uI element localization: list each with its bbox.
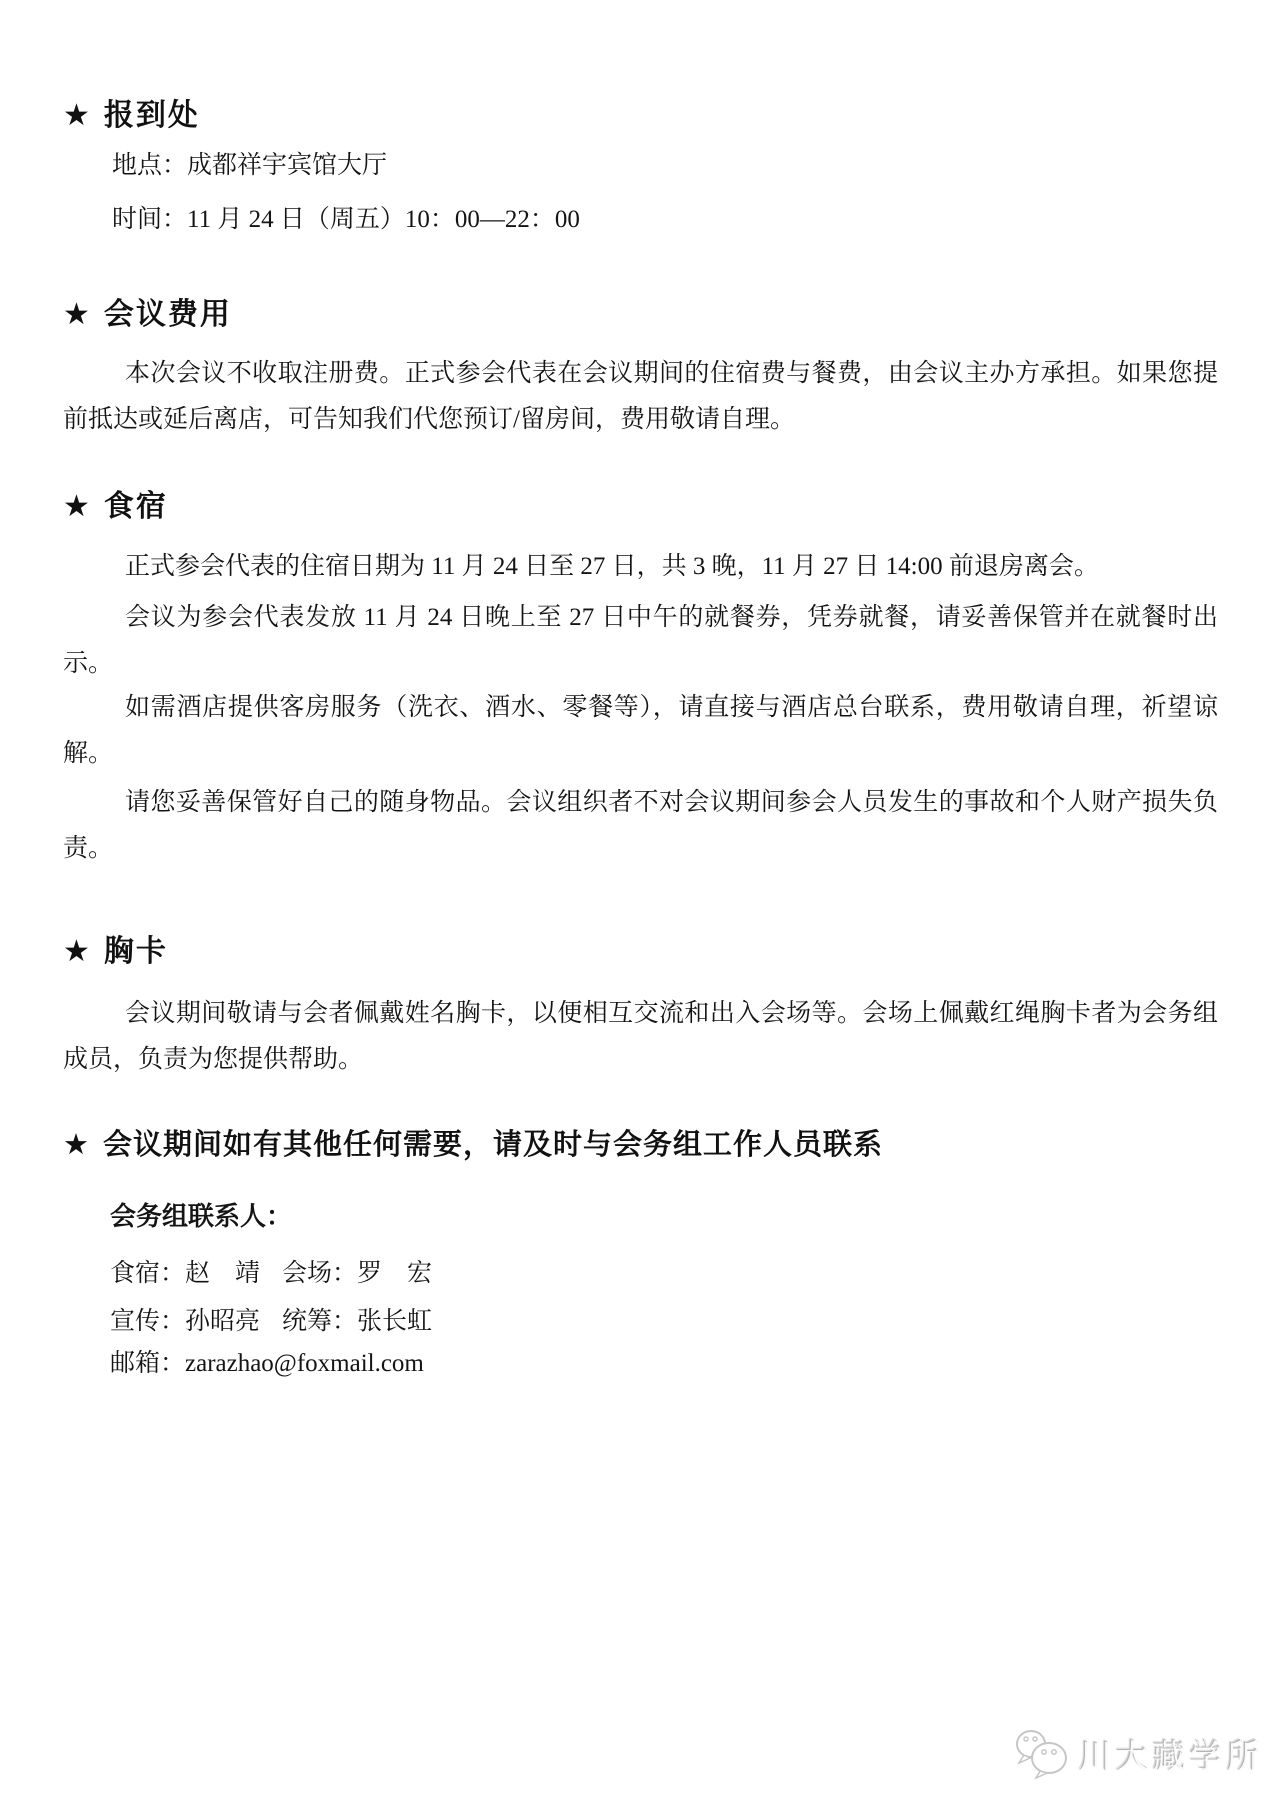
- fees-title: 会议费用: [104, 298, 232, 331]
- registration-location-line: 地点：成都祥宇宾馆大厅: [112, 145, 387, 181]
- wechat-icon: [1014, 1728, 1070, 1780]
- document-page: ★报到处 地点：成都祥宇宾馆大厅 时间：11 月 24 日（周五）10：00—2…: [0, 0, 1280, 1810]
- registration-title: 报到处: [104, 99, 200, 132]
- contact-row-2: 宣传：孙昭亮 统筹：张长虹: [110, 1301, 432, 1337]
- section-heading-boarding: ★食宿: [63, 481, 168, 525]
- star-icon: ★: [63, 490, 90, 523]
- star-icon: ★: [63, 1129, 89, 1161]
- badge-paragraph: 会议期间敬请与会者佩戴姓名胸卡，以便相互交流和出入会场等。会场上佩戴红绳胸卡者为…: [63, 991, 1218, 1083]
- contact-title: 会议期间如有其他任何需要，请及时与会务组工作人员联系: [103, 1129, 883, 1161]
- boarding-paragraph-2: 会议为参会代表发放 11 月 24 日晚上至 27 日中午的就餐券，凭券就餐，请…: [63, 595, 1218, 687]
- watermark-label: 川大藏学所: [1079, 1731, 1264, 1778]
- section-heading-fees: ★会议费用: [63, 289, 232, 333]
- fees-paragraph: 本次会议不收取注册费。正式参会代表在会议期间的住宿费与餐费，由会议主办方承担。如…: [63, 351, 1218, 443]
- contact-email-line: 邮箱：zarazhao@foxmail.com: [110, 1343, 424, 1379]
- contact-coordination: 统筹：张长虹: [282, 1301, 432, 1337]
- star-icon: ★: [63, 99, 90, 132]
- registration-time-line: 时间：11 月 24 日（周五）10：00—22：00: [112, 199, 580, 235]
- badge-title: 胸卡: [104, 935, 168, 968]
- contact-venue: 会场：罗 宏: [282, 1253, 432, 1289]
- contact-publicity: 宣传：孙昭亮: [110, 1301, 282, 1337]
- contact-row-1: 食宿：赵 靖 会场：罗 宏: [110, 1253, 432, 1289]
- star-icon: ★: [63, 298, 90, 331]
- contacts-list-title: 会务组联系人：: [110, 1196, 292, 1233]
- contact-boarding: 食宿：赵 靖: [110, 1253, 282, 1289]
- boarding-paragraph-4: 请您妥善保管好自己的随身物品。会议组织者不对会议期间参会人员发生的事故和个人财产…: [63, 780, 1218, 872]
- boarding-paragraph-3: 如需酒店提供客房服务（洗衣、酒水、零餐等），请直接与酒店总台联系，费用敬请自理，…: [63, 685, 1218, 777]
- section-heading-contact: ★会议期间如有其他任何需要，请及时与会务组工作人员联系: [63, 1122, 883, 1163]
- boarding-title: 食宿: [104, 490, 168, 523]
- section-heading-registration: ★报到处: [63, 90, 200, 134]
- watermark-logo: 川大藏学所: [1014, 1728, 1264, 1780]
- boarding-paragraph-1: 正式参会代表的住宿日期为 11 月 24 日至 27 日，共 3 晚，11 月 …: [63, 544, 1218, 590]
- section-heading-badge: ★胸卡: [63, 926, 168, 970]
- star-icon: ★: [63, 935, 90, 968]
